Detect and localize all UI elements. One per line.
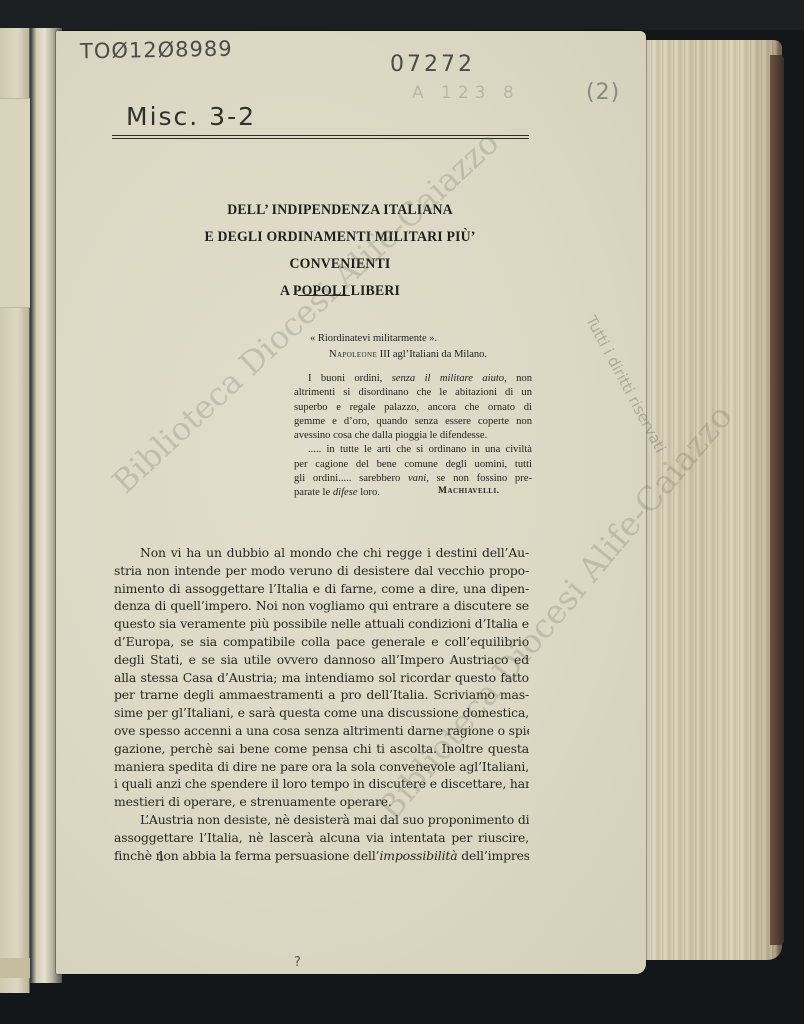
quote-line: I buoni ordini, senza il militare aiuto,… (294, 372, 532, 386)
body-text-segment: dell’impresa; (457, 848, 529, 863)
body-line: i quali anzi che spendere il loro tempo … (114, 775, 529, 793)
title-line-1: Dell’ Indipendenza Italiana (156, 197, 524, 224)
inventory-number: TOØ12Ø8989 (80, 37, 233, 64)
body-line: alla stessa Casa d’Austria; ma intendiam… (114, 669, 529, 687)
quote-line: per cagione del bene comune degli uomini… (294, 458, 532, 472)
machiavelli-signature: Machiavelli. (438, 486, 500, 496)
body-line: sime per gl’Italiani, e sarà questa come… (114, 704, 529, 722)
top-dark-strip (0, 0, 804, 30)
body-line: stria non intende per modo veruno di des… (114, 562, 529, 580)
body-line: mestieri di operare, e strenuamente oper… (114, 793, 529, 811)
body-line: denza di quell’impero. Noi non vogliamo … (114, 597, 529, 615)
body-line: assoggettare l’Italia, nè lascerà alcuna… (114, 829, 529, 847)
body-line: questo sia veramente più possibile nelle… (114, 615, 529, 633)
quote-text: I buoni ordini, (308, 373, 392, 384)
napoleon-epigraph-quote: « Riordinatevi militarmente ». (310, 333, 437, 344)
machiavelli-epigraph: I buoni ordini, senza il militare aiuto,… (294, 372, 532, 501)
body-line: per trarne degli ammaestramenti a pro de… (114, 686, 529, 704)
shelf-mark: Misc. 3-2 (126, 102, 256, 131)
quote-line: superbo e regale palazzo, ancora che orn… (294, 401, 532, 415)
quote-text: gli ordini..... sarebbero (294, 473, 408, 484)
napoleon-epigraph-attribution: Napoleone III agl’Italiani da Milano. (329, 349, 487, 360)
body-line: gazione, perchè sai bene come pensa chi … (114, 740, 529, 758)
foot-pencil-mark: ? (294, 955, 301, 970)
header-double-rule (112, 135, 529, 139)
quote-line: ..... in tutte le arti che si ordinano i… (294, 443, 532, 457)
body-line: L’Austria non desiste, nè desisterà mai … (114, 811, 529, 829)
quote-line: gemme e d’oro, quando senza essere coper… (294, 415, 532, 429)
body-line: d’Europa, se sia compatibile colla pace … (114, 633, 529, 651)
quote-italic: vani (408, 473, 426, 484)
facing-page-tab (0, 98, 30, 308)
body-line: ove spesso accenni a una cosa senza altr… (114, 722, 529, 740)
body-text-segment: finchè non abbia la ferma persuasione de… (114, 848, 379, 863)
book-cover-edge (770, 55, 784, 945)
facing-page-edge (0, 28, 30, 993)
title-rule (298, 295, 350, 296)
facing-page-tab-lower (0, 958, 30, 978)
quote-text: loro. (358, 487, 380, 498)
page-title: Dell’ Indipendenza Italiana e degli Ordi… (140, 197, 540, 305)
title-line-3: a Popoli Liberi (156, 278, 524, 305)
body-line: maniera spedita di dire ne pare ora la s… (114, 758, 529, 776)
body-text: Non vi ha un dubbio al mondo che chi reg… (114, 544, 529, 864)
body-line: nimento di assoggettare l’Italia e di fa… (114, 580, 529, 598)
faint-pencil-number: A 123 8 (412, 83, 520, 103)
book-fore-edge (640, 40, 782, 960)
body-line: Non vi ha un dubbio al mondo che chi reg… (114, 544, 529, 562)
quote-line: altrimenti si disordinano che le abitazi… (294, 386, 532, 400)
quote-text: , non (504, 373, 532, 384)
quote-text: , se non fossino pre- (426, 473, 532, 484)
manuscript-number: 07272 (390, 52, 475, 77)
parenthesis-mark: (2) (586, 80, 620, 105)
quote-italic: difese (333, 487, 358, 498)
page-number: 1 (157, 850, 165, 865)
quote-line: avessino cosa che dalla pioggia le difen… (294, 429, 532, 443)
quote-text: parate le (294, 487, 333, 498)
body-italic-segment: impossibilità (379, 848, 457, 863)
title-line-2: e degli Ordinamenti Militari più’ Conven… (156, 224, 524, 278)
attribution-name: Napoleone (329, 349, 377, 360)
body-line: finchè non abbia la ferma persuasione de… (114, 847, 529, 865)
quote-line: gli ordini..... sarebbero vani, se non f… (294, 472, 532, 486)
body-line: degli Stati, e se sia utile ovvero danno… (114, 651, 529, 669)
quote-italic: senza il militare aiuto (392, 373, 504, 384)
attribution-rest: III agl’Italiani da Milano. (377, 349, 487, 360)
